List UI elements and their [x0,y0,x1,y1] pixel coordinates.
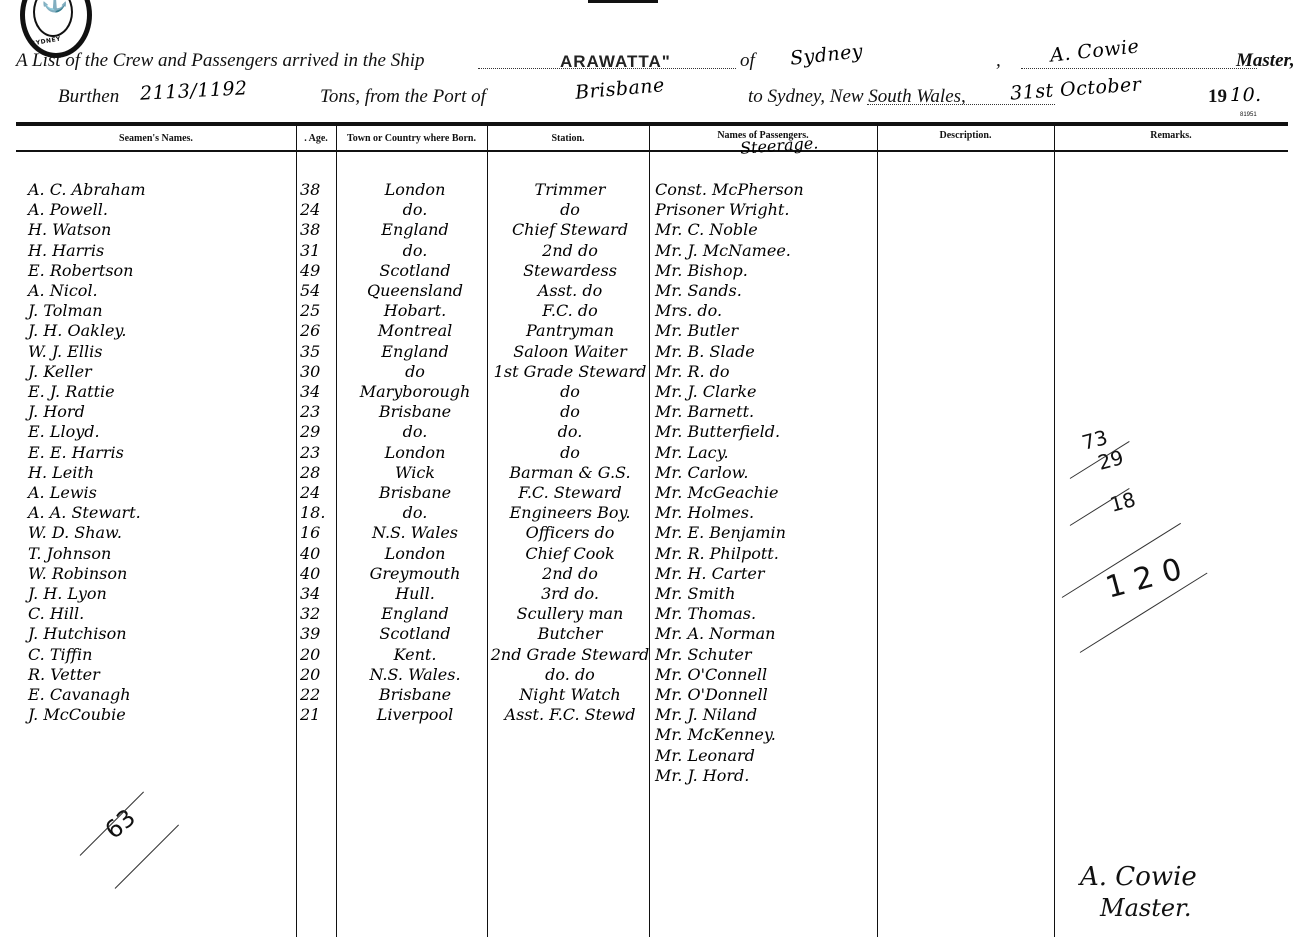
seaman-age: 31 [300,241,340,261]
seaman-age: 34 [300,584,340,604]
seaman-birthplace: Wick [345,463,485,483]
seaman-birthplace: Hobart. [345,301,485,321]
seaman-name: J. Hord [28,402,85,422]
column-header-station: Station. [487,133,649,144]
seaman-name: E. E. Harris [28,443,124,463]
seaman-name: H. Harris [28,241,104,261]
seaman-birthplace: London [345,443,485,463]
top-mark [588,0,658,3]
master-label: Master, [1236,50,1295,72]
arrival-date: 31st October [1009,73,1142,104]
seaman-station: Night Watch [490,685,650,705]
seaman-name: A. C. Abraham [28,180,146,200]
seaman-age: 29 [300,422,340,442]
column-divider [1054,124,1055,937]
seaman-name: A. Lewis [28,483,97,503]
passenger-name: Mr. J. Clarke [655,382,757,402]
seaman-age: 16 [300,523,340,543]
seaman-station: 2nd do [490,564,650,584]
seaman-station: do. do [490,665,650,685]
seaman-birthplace: England [345,604,485,624]
year-printed: 19 [1208,86,1227,108]
seaman-birthplace: Scotland [345,261,485,281]
form-title: A List of the Crew and Passengers arrive… [16,50,425,72]
passenger-name: Mr. R. Philpott. [655,544,779,564]
seaman-station: Officers do [490,523,650,543]
burthen-value: 2113/1192 [139,77,248,105]
seaman-station: Asst. do [490,281,650,301]
passenger-name: Mr. Leonard [655,746,755,766]
seaman-age: 32 [300,604,340,624]
seaman-age: 24 [300,483,340,503]
seaman-station: Stewardess [490,261,650,281]
seaman-birthplace: Maryborough [345,382,485,402]
anchor-icon: ⚓ [41,0,68,14]
seaman-birthplace: Queensland [345,281,485,301]
column-header-seamens-names: Seamen's Names. [16,133,296,144]
passenger-class: Steerage. [739,133,818,157]
seaman-station: Barman & G.S. [490,463,650,483]
from-port: Brisbane [574,74,665,104]
seaman-birthplace: Hull. [345,584,485,604]
burthen-label: Burthen [58,86,119,108]
master-signature: A. Cowie [1080,862,1197,892]
passenger-name: Prisoner Wright. [655,200,789,220]
master-signature-title: Master. [1100,894,1192,922]
seaman-name: J. Tolman [28,301,103,321]
seaman-birthplace: Brisbane [345,402,485,422]
seaman-age: 23 [300,402,340,422]
seaman-birthplace: N.S. Wales [345,523,485,543]
passenger-name: Mr. McGeachie [655,483,778,503]
passenger-name: Mr. J. McNamee. [655,241,791,261]
seaman-name: R. Vetter [28,665,100,685]
column-header-remarks: Remarks. [1054,130,1288,141]
seaman-station: Chief Steward [490,220,650,240]
seaman-name: J. McCoubie [28,705,126,725]
seaman-name: A. A. Stewart. [28,503,141,523]
seaman-name: A. Nicol. [28,281,98,301]
seaman-age: 25 [300,301,340,321]
seaman-age: 28 [300,463,340,483]
seaman-birthplace: do. [345,422,485,442]
ship-name: ARAWATTA" [560,52,671,72]
seaman-station: Asst. F.C. Stewd [490,705,650,725]
passenger-name: Mr. A. Norman [655,624,775,644]
seaman-birthplace: Montreal [345,321,485,341]
seaman-age: 35 [300,342,340,362]
seaman-age: 49 [300,261,340,281]
seaman-birthplace: Brisbane [345,685,485,705]
column-divider [877,124,878,937]
tally-value: 120 [1102,549,1195,605]
seaman-birthplace: London [345,180,485,200]
passenger-name: Mr. C. Noble [655,220,758,240]
seaman-name: A. Powell. [28,200,108,220]
seaman-birthplace: Liverpool [345,705,485,725]
seaman-age: 20 [300,645,340,665]
seaman-age: 40 [300,564,340,584]
ship-port: Sydney [789,40,864,70]
seaman-station: Saloon Waiter [490,342,650,362]
seaman-name: J. Hutchison [28,624,127,644]
seaman-age: 40 [300,544,340,564]
seaman-birthplace: England [345,220,485,240]
title-text: A List of the Crew and Passengers arrive… [16,50,425,71]
seaman-station: do [490,382,650,402]
passenger-name: Const. McPherson [655,180,804,200]
passenger-name: Mr. O'Donnell [655,685,768,705]
seaman-name: C. Tiffin [28,645,92,665]
seaman-age: 54 [300,281,340,301]
seaman-birthplace: Scotland [345,624,485,644]
seaman-station: 3rd do. [490,584,650,604]
seaman-name: E. Robertson [28,261,133,281]
seaman-name: H. Watson [28,220,111,240]
passenger-name: Mr. Holmes. [655,503,754,523]
column-divider [487,124,488,937]
seaman-name: W. Robinson [28,564,127,584]
seaman-birthplace: N.S. Wales. [345,665,485,685]
passenger-name: Mr. Sands. [655,281,742,301]
of-label: of [740,50,755,72]
seaman-name: C. Hill. [28,604,84,624]
table-top-rule [16,122,1288,126]
seaman-station: Engineers Boy. [490,503,650,523]
seaman-station: Scullery man [490,604,650,624]
seaman-name: H. Leith [28,463,94,483]
seaman-age: 24 [300,200,340,220]
seaman-station: do [490,200,650,220]
seaman-age: 26 [300,321,340,341]
passenger-name: Mr. H. Carter [655,564,765,584]
seaman-birthplace: London [345,544,485,564]
passenger-name: Mr. Bishop. [655,261,748,281]
passenger-name: Mr. Thomas. [655,604,756,624]
seaman-name: J. H. Oakley. [28,321,126,341]
passenger-name: Mr. J. Hord. [655,766,749,786]
tons-label: Tons, from the Port of [320,86,486,108]
seaman-name: E. J. Rattie [28,382,115,402]
passenger-name: Mr. Butterfield. [655,422,780,442]
column-header-description: Description. [877,130,1054,141]
seaman-station: do. [490,422,650,442]
passenger-name: Mr. Lacy. [655,443,729,463]
seaman-birthplace: England [345,342,485,362]
seaman-age: 21 [300,705,340,725]
seaman-birthplace: do [345,362,485,382]
stamp-text: SYDNEY [31,35,62,47]
passenger-name: Mr. Carlow. [655,463,749,483]
seaman-name: J. H. Lyon [28,584,107,604]
passenger-name: Mr. Smith [655,584,735,604]
seaman-age: 30 [300,362,340,382]
seaman-station: do [490,443,650,463]
seaman-age: 34 [300,382,340,402]
passenger-name: Mr. Butler [655,321,738,341]
seaman-station: 2nd do [490,241,650,261]
seaman-name: E. Lloyd. [28,422,100,442]
seaman-age: 18. [300,503,340,523]
column-divider [296,124,297,937]
to-label: to Sydney, New South Wales, [748,86,966,108]
seaman-station: Butcher [490,624,650,644]
seaman-station: 1st Grade Steward [490,362,650,382]
seaman-birthplace: do. [345,200,485,220]
seaman-birthplace: do. [345,241,485,261]
form-number: 81951 [1240,112,1257,118]
header-bottom-rule [16,150,1288,152]
seaman-station: 2nd Grade Steward [490,645,650,665]
passenger-name: Mr. E. Benjamin [655,523,786,543]
seaman-birthplace: do. [345,503,485,523]
seaman-age: 38 [300,180,340,200]
seaman-age: 22 [300,685,340,705]
passenger-name: Mr. McKenney. [655,725,776,745]
seaman-station: F.C. Steward [490,483,650,503]
passenger-name: Mr. J. Niland [655,705,757,725]
comma: , [996,50,1001,72]
seaman-station: F.C. do [490,301,650,321]
passenger-name: Mr. Schuter [655,645,752,665]
passenger-name: Mr. R. do [655,362,730,382]
crew-count-note: 63 [100,803,141,844]
seaman-name: E. Cavanagh [28,685,131,705]
passenger-name: Mrs. do. [655,301,722,321]
seaman-station: Trimmer [490,180,650,200]
seaman-station: Chief Cook [490,544,650,564]
seaman-name: W. J. Ellis [28,342,102,362]
seaman-age: 23 [300,443,340,463]
seaman-birthplace: Kent. [345,645,485,665]
seaman-station: do [490,402,650,422]
seaman-name: W. D. Shaw. [28,523,122,543]
seaman-age: 38 [300,220,340,240]
year-handwritten: 10. [1230,84,1262,106]
column-header-age: . Age. [296,133,336,144]
seaman-name: J. Keller [28,362,92,382]
seaman-age: 20 [300,665,340,685]
seaman-station: Pantryman [490,321,650,341]
passenger-name: Mr. Barnett. [655,402,754,422]
seaman-birthplace: Greymouth [345,564,485,584]
seaman-birthplace: Brisbane [345,483,485,503]
seaman-name: T. Johnson [28,544,111,564]
passenger-name: Mr. O'Connell [655,665,767,685]
passenger-name: Mr. B. Slade [655,342,755,362]
column-header-birthplace: Town or Country where Born. [336,133,487,144]
seaman-age: 39 [300,624,340,644]
